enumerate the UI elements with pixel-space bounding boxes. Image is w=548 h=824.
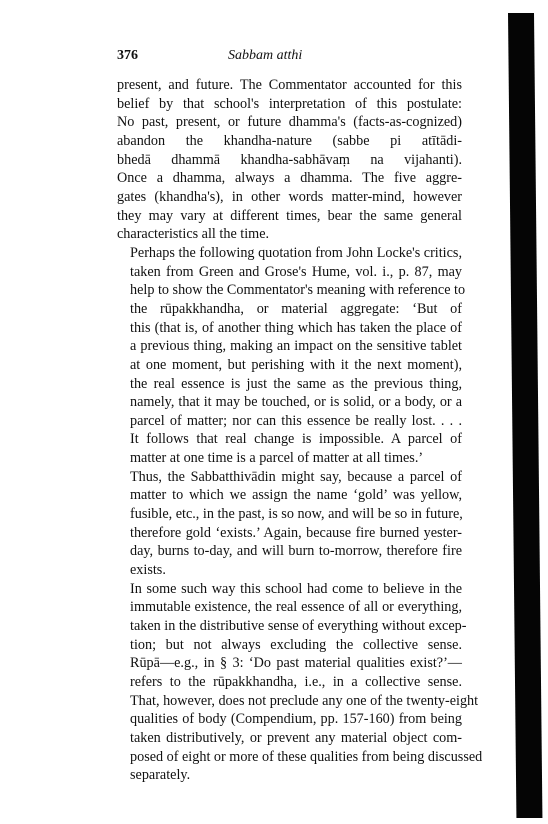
paragraph: Thus, the Sabbatthivādin might say, beca… <box>117 468 462 580</box>
text-line: gates (khandha's), in other words matter… <box>117 188 462 207</box>
text-line: Rūpā—e.g., in § 3: ‘Do past material qua… <box>117 654 462 673</box>
text-line: present, and future. The Commentator acc… <box>117 76 462 95</box>
text-line: Perhaps the following quotation from Joh… <box>117 244 462 263</box>
text-line: the rūpakkhandha, or material aggregate:… <box>117 300 462 319</box>
text-line: No past, present, or future dhamma's (fa… <box>117 113 462 132</box>
text-line: belief by that school's interpretation o… <box>117 95 462 114</box>
text-line: Once a dhamma, always a dhamma. The five… <box>117 169 462 188</box>
text-line: qualities of body (Compendium, pp. 157-1… <box>117 710 462 729</box>
text-line: at one moment, but perishing with it the… <box>117 356 462 375</box>
text-line: matter to which we assign the name ‘gold… <box>117 486 462 505</box>
text-line: characteristics all the time. <box>117 225 462 244</box>
page-number: 376 <box>117 48 138 64</box>
text-line: taken distributively, or prevent any mat… <box>117 729 462 748</box>
text-line: matter at one time is a parcel of matter… <box>117 449 462 468</box>
text-line: Thus, the Sabbatthivādin might say, beca… <box>117 468 462 487</box>
text-line: parcel of matter; nor can this essence b… <box>117 412 462 431</box>
body-text: present, and future. The Commentator acc… <box>117 76 462 785</box>
text-line: abandon the khandha-nature (sabbe pi atī… <box>117 132 462 151</box>
running-title: Sabbam atthi <box>228 48 302 64</box>
text-line: posed of eight or more of these qualitie… <box>117 748 462 767</box>
text-line: exists. <box>117 561 462 580</box>
text-line: taken from Green and Grose's Hume, vol. … <box>117 263 462 282</box>
paragraph: Perhaps the following quotation from Joh… <box>117 244 462 468</box>
text-line: therefore gold ‘exists.’ Again, because … <box>117 524 462 543</box>
text-line: they may vary at different times, bear t… <box>117 207 462 226</box>
text-line: bhedā dhammā khandha-sabhāvaṃ na vijahan… <box>117 151 462 170</box>
text-line: fusible, etc., in the past, is so now, a… <box>117 505 462 524</box>
text-line: taken in the distributive sense of every… <box>117 617 462 636</box>
text-line: the real essence is just the same as the… <box>117 375 462 394</box>
text-line: separately. <box>117 766 462 785</box>
text-line: tion; but not always excluding the colle… <box>117 636 462 655</box>
paragraph: present, and future. The Commentator acc… <box>117 76 462 244</box>
text-line: help to show the Commentator's meaning w… <box>117 281 462 300</box>
scan-page-edge-shadow <box>508 13 542 818</box>
text-line: namely, that it may be touched, or is so… <box>117 393 462 412</box>
text-line: It follows that real change is impossibl… <box>117 430 462 449</box>
text-line: day, burns to-day, and will burn to-morr… <box>117 542 462 561</box>
text-line: refers to the rūpakkhandha, i.e., in a c… <box>117 673 462 692</box>
text-line: immutable existence, the real essence of… <box>117 598 462 617</box>
paragraph: In some such way this school had come to… <box>117 580 462 785</box>
text-line: That, however, does not preclude any one… <box>117 692 462 711</box>
text-line: a previous thing, making an impact on th… <box>117 337 462 356</box>
text-line: In some such way this school had come to… <box>117 580 462 599</box>
text-line: this (that is, of another thing which ha… <box>117 319 462 338</box>
